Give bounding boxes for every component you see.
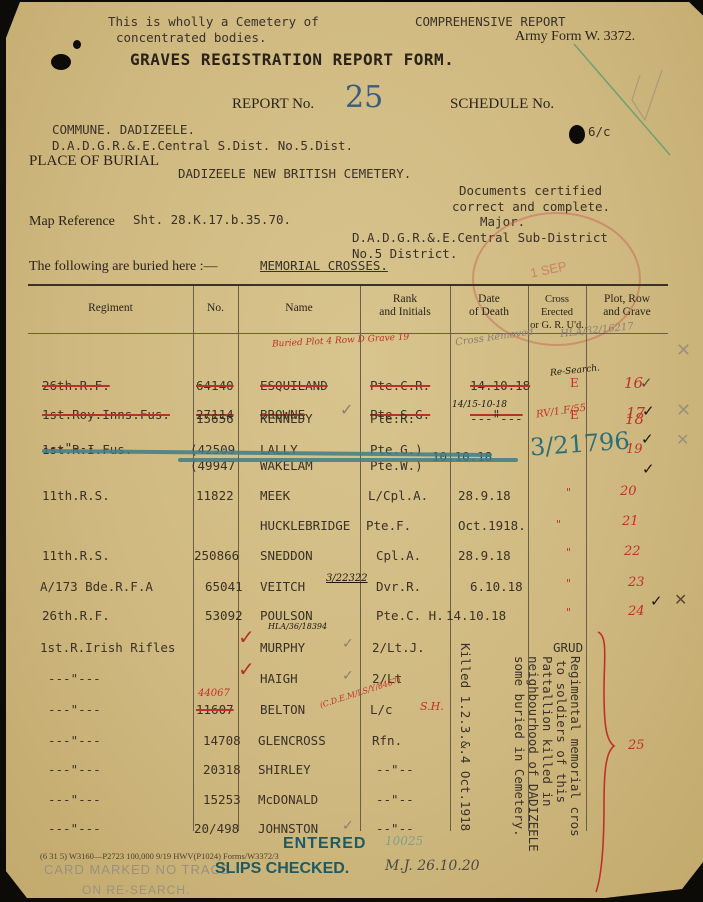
row-regiment: A/173 Bde.R.F.A bbox=[40, 579, 153, 594]
row-grave: 20 bbox=[620, 484, 637, 499]
poulson-ref: HLA/36/18394 bbox=[268, 622, 327, 631]
row-name: JOHNSTON bbox=[258, 821, 318, 836]
report-no-label: REPORT No. bbox=[232, 96, 314, 113]
row-regiment: ---"--- bbox=[48, 762, 101, 777]
commune: COMMUNE. DADIZEELE. bbox=[52, 122, 195, 137]
row-name: ESQUILAND bbox=[260, 378, 328, 393]
punch-hole bbox=[51, 54, 71, 70]
black-tick-icon: ✓ bbox=[650, 592, 663, 610]
grey-tick-icon: ✓ bbox=[342, 668, 354, 684]
red-tick-icon: ✓ bbox=[238, 657, 255, 681]
row-regiment: ---"--- bbox=[48, 733, 101, 748]
col-header-no: No. bbox=[193, 302, 238, 315]
row-cross: E bbox=[570, 408, 579, 422]
buried-here-value: MEMORIAL CROSSES. bbox=[260, 258, 388, 273]
regimental-note-line: to soldiers of this bbox=[554, 656, 568, 852]
pencil-cross-icon: ✕ bbox=[676, 430, 689, 449]
row-name: SHIRLEY bbox=[258, 762, 311, 777]
row-grave: 24 bbox=[628, 604, 645, 619]
row-date: 14.10.18 bbox=[446, 608, 506, 623]
buried-here-label: The following are buried here :— bbox=[29, 259, 218, 275]
district: D.A.D.G.R.&.E.Central S.Dist. No.5.Dist. bbox=[52, 138, 353, 153]
row-rank: 2/Lt.J. bbox=[372, 640, 425, 655]
regimental-note-line: some buried in Cemetery. bbox=[512, 656, 526, 852]
blue-strike-line bbox=[178, 458, 518, 462]
row-cross: " bbox=[566, 606, 571, 619]
row-regiment: ---"--- bbox=[48, 792, 101, 807]
col-header-rank-line2: and Initials bbox=[360, 306, 450, 319]
row-regiment: 11th.R.S. bbox=[42, 488, 110, 503]
punch-hole bbox=[73, 40, 81, 49]
row-rank: Pte.C.R. bbox=[370, 378, 430, 393]
red-brace bbox=[594, 630, 624, 895]
row-no: 14708 bbox=[203, 733, 241, 748]
comprehensive-report: COMPREHENSIVE REPORT bbox=[415, 14, 566, 29]
row-no: 20318 bbox=[203, 762, 241, 777]
row-name: GLENCROSS bbox=[258, 733, 326, 748]
black-tick-icon: ✓ bbox=[642, 460, 655, 478]
grud-label: GRUD bbox=[553, 640, 583, 655]
row-no: 20/498 bbox=[194, 821, 239, 836]
place-of-burial-value: DADIZEELE NEW BRITISH CEMETERY. bbox=[178, 166, 411, 181]
row-date: Oct.1918. bbox=[458, 518, 526, 533]
col-header-rank: Rank and Initials bbox=[360, 293, 450, 319]
col-divider bbox=[360, 286, 361, 831]
row-no: 11607 bbox=[196, 702, 234, 717]
row-rank: Pte.F. bbox=[366, 518, 411, 533]
col-header-date: Date of Death bbox=[450, 293, 528, 319]
report-no-value: 25 bbox=[345, 80, 383, 115]
black-tick-icon: ✓ bbox=[641, 430, 654, 448]
certified-line1: Documents certified bbox=[459, 183, 602, 198]
col-header-date-line1: Date bbox=[450, 293, 528, 306]
entered-stamp: ENTERED bbox=[283, 835, 366, 853]
row-no: 53092 bbox=[205, 608, 243, 623]
certified-line2: correct and complete. bbox=[452, 199, 610, 214]
grey-tick-icon: ✓ bbox=[342, 818, 354, 834]
row-rank: L/Cpl.A. bbox=[368, 488, 428, 503]
checked-initials: M.J. 26.10.20 bbox=[385, 858, 480, 874]
row-rank: Dvr.R. bbox=[376, 579, 421, 594]
grey-tick-icon: ✓ bbox=[342, 636, 354, 652]
row-rank: --"-- bbox=[376, 792, 414, 807]
row-rank: --"-- bbox=[376, 762, 414, 777]
place-of-burial-label: PLACE OF BURIAL bbox=[29, 153, 159, 170]
col-header-plot-line1: Plot, Row bbox=[586, 293, 668, 306]
col-header-regiment: Regiment bbox=[28, 302, 193, 315]
grey-tick-icon: ✓ bbox=[340, 400, 353, 419]
row-regiment: ---"--- bbox=[48, 671, 101, 686]
veitch-ref: 3/22322 bbox=[326, 573, 368, 584]
col-header-date-line2: of Death bbox=[450, 306, 528, 319]
slips-checked-stamp: SLIPS CHECKED. bbox=[215, 860, 349, 878]
row-regiment: 1st.R.Irish Rifles bbox=[40, 640, 175, 655]
bracket-grave-number: 25 bbox=[628, 738, 645, 753]
belton-unit: S.H. bbox=[420, 700, 444, 713]
row-date: 6.10.18 bbox=[470, 579, 523, 594]
map-reference-value: Sht. 28.K.17.b.35.70. bbox=[133, 212, 291, 227]
pencil-cross-icon: ✕ bbox=[674, 590, 687, 609]
form-title: GRAVES REGISTRATION REPORT FORM. bbox=[130, 50, 454, 69]
row-no: 11822 bbox=[196, 488, 234, 503]
row-rank: Pte.C. H. bbox=[376, 608, 444, 623]
col-header-plot-line2: and Grave bbox=[586, 306, 668, 319]
row-name: HAIGH bbox=[260, 671, 298, 686]
col-header-rank-line1: Rank bbox=[360, 293, 450, 306]
row-rank: Cpl.A. bbox=[376, 548, 421, 563]
row-name: BELTON bbox=[260, 702, 305, 717]
row-cross: " bbox=[566, 546, 571, 559]
row-regiment: ---"--- bbox=[48, 702, 101, 717]
row-regiment: ---"--- bbox=[48, 821, 101, 836]
row-date: 14.10.18 bbox=[470, 378, 530, 393]
col-header-name: Name bbox=[238, 302, 360, 315]
row-regiment: 11th.R.S. bbox=[42, 548, 110, 563]
row-regiment: 26th.R.F. bbox=[42, 378, 110, 393]
row-date: ---"--- bbox=[470, 411, 523, 426]
row-grave: 23 bbox=[628, 575, 645, 590]
row-grave: 21 bbox=[622, 514, 639, 529]
row-date: 28.9.18 bbox=[458, 488, 511, 503]
row-no: 64140 bbox=[196, 378, 234, 393]
row-name: POULSON bbox=[260, 608, 313, 623]
row-name: MURPHY bbox=[260, 640, 305, 655]
regimental-note-line: Pattallion killed in bbox=[540, 656, 554, 852]
row-name: VEITCH bbox=[260, 579, 305, 594]
killed-dates-note: Killed 1.2.3.&.4 Oct.1918 bbox=[458, 643, 472, 831]
on-research-stamp: ON RE-SEARCH. bbox=[82, 883, 190, 897]
table-top-rule bbox=[28, 284, 668, 286]
row-cross: " bbox=[556, 518, 561, 531]
row-no: 15253 bbox=[203, 792, 241, 807]
row-cross: " bbox=[566, 486, 571, 499]
entered-ref: 10025 bbox=[385, 834, 423, 848]
row-no: 250866 bbox=[194, 548, 239, 563]
belton-new-number: 44067 bbox=[198, 688, 230, 699]
row-name: McDONALD bbox=[258, 792, 318, 807]
col-header-plot: Plot, Row and Grave bbox=[586, 293, 668, 319]
green-pencil-stroke bbox=[570, 40, 680, 160]
regimental-note-line: Regimental memorial cros bbox=[568, 656, 582, 852]
row-name: HUCKLEBRIDGE bbox=[260, 518, 350, 533]
row-name: SNEDDON bbox=[260, 548, 313, 563]
row-cross: E bbox=[570, 376, 579, 390]
schedule-code: 6/c bbox=[588, 124, 611, 139]
row-rank: L/c bbox=[370, 702, 393, 717]
pencil-cross-icon: ✕ bbox=[676, 340, 691, 361]
cemetery-note-line2: concentrated bodies. bbox=[116, 30, 267, 45]
row-date: 28.9.18 bbox=[458, 548, 511, 563]
row-no: 65041 bbox=[205, 579, 243, 594]
pencil-cross-icon: ✕ bbox=[676, 400, 691, 421]
row-name: MEEK bbox=[260, 488, 290, 503]
army-form-number: Army Form W. 3372. bbox=[515, 29, 635, 45]
col-header-cross-line1: Cross Erected bbox=[528, 293, 586, 319]
row-rank: Rfn. bbox=[372, 733, 402, 748]
regimental-note: Regimental memorial cros to soldiers of … bbox=[512, 656, 582, 852]
schedule-no-label: SCHEDULE No. bbox=[450, 96, 554, 113]
card-marked-stamp: CARD MARKED NO TRACE bbox=[44, 862, 231, 877]
black-tick-icon: ✓ bbox=[642, 402, 655, 420]
row-grave: 22 bbox=[624, 544, 641, 559]
row-regiment: 26th.R.F. bbox=[42, 608, 110, 623]
row-no: 15656 bbox=[196, 411, 234, 426]
row-regiment: 1st.Roy.Inns.Fus. bbox=[42, 407, 170, 422]
regimental-note-line: neighbourhood of DADIZEELE bbox=[526, 656, 540, 852]
cemetery-note-line1: This is wholly a Cemetery of bbox=[108, 14, 319, 29]
col-divider bbox=[450, 286, 451, 831]
black-tick-icon: ✓ bbox=[640, 374, 653, 392]
row-rank: Pte.R. bbox=[370, 411, 415, 426]
map-reference-label: Map Reference bbox=[29, 214, 115, 230]
red-tick-icon: ✓ bbox=[238, 625, 255, 649]
row-cross: " bbox=[566, 577, 571, 590]
row-name: KENNEDY bbox=[260, 411, 313, 426]
